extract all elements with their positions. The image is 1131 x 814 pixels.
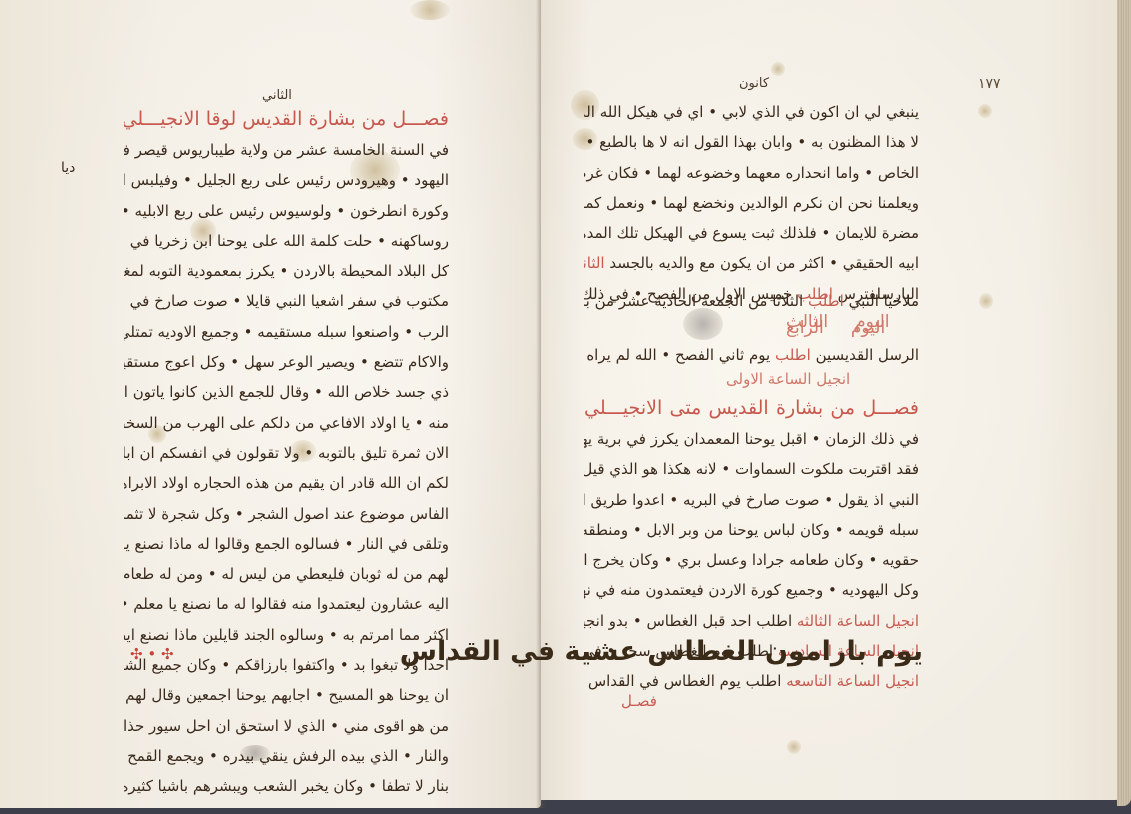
text-line: وتلقى في النار • فسالوه الجمع وقالوا له … xyxy=(124,529,449,559)
text-line: وكل اليهوديه • وجميع كورة الاردن فيعتمدو… xyxy=(584,575,919,605)
section-heading: فصـــل من بشارة القديس لوقا الانجيـــلي xyxy=(124,103,449,135)
right-page: كانون ١٧٧ ينبغي لي ان اكون في الذي لابي … xyxy=(541,0,1125,800)
text-line: من هو اقوى مني • الذي لا استحق ان احل سي… xyxy=(124,711,449,741)
margin-note: ديا xyxy=(61,160,75,176)
section-heading: فصـــل من بشارة القديس متى الانجيـــلي xyxy=(584,392,919,424)
right-text-column-top: ينبغي لي ان اكون في الذي لابي • اي في هي… xyxy=(584,97,919,309)
text-line: مضرة للايمان • فلذلك ثبت يسوع في الهيكل … xyxy=(584,218,919,248)
text-line: كل البلاد المحيطة بالاردن • يكرز بمعمودي… xyxy=(124,256,449,286)
text-line: والاكام تتضع • ويصير الوعر سهل • وكل اعو… xyxy=(124,347,449,377)
page-fore-edge xyxy=(1117,0,1131,806)
text-line: الخاص • واما انحداره معهما وخضوعه لهما •… xyxy=(584,158,919,188)
left-page: الثاني ديا فصـــل من بشارة القديس لوقا ا… xyxy=(0,0,541,808)
rubric-inline: الثاني منه xyxy=(584,254,605,272)
section-rubric: انجيل الساعة الاولى xyxy=(726,370,850,388)
ink-stain xyxy=(787,740,801,754)
day-label-fourth: اليوم الرابع xyxy=(786,318,885,338)
ink-stain xyxy=(979,293,993,309)
text-line: بنار لا تطفا • وكان يخبر الشعب ويبشرهم ب… xyxy=(124,771,449,801)
text-line: ملاخيا النبي اطلب الثلاثا من الجمعة الحا… xyxy=(584,286,919,316)
catchword: فصـل xyxy=(621,692,657,710)
text-line: حقويه • وكان طعامه جرادا وعسل بري • وكان… xyxy=(584,545,919,575)
text-line: سبله قويمه • وكان لباس يوحنا من وبر الاب… xyxy=(584,515,919,545)
feast-title: يوم بارامون الغطاس عشية في القداس xyxy=(605,636,923,667)
text-line: روساكهنه • حلت كلمة الله على يوحنا ابن ز… xyxy=(124,226,449,256)
text-line: ذي جسد خلاص الله • وقال للجمع الذين كانو… xyxy=(124,377,449,407)
text-line: الفاس موضوع عند اصول الشجر • وكل شجرة لا… xyxy=(124,499,449,529)
text-line: الان ثمرة تليق بالتوبه • ولا تقولون في ا… xyxy=(124,438,449,468)
running-head: الثاني xyxy=(262,88,292,103)
text-line: اليه عشارون ليعتمدوا منه فقالوا له ما نص… xyxy=(124,589,449,619)
folio-number: ١٧٧ xyxy=(978,76,1001,92)
text-line: الرسل القديسين اطلب يوم ثاني الفصح • الل… xyxy=(584,340,919,370)
text-line: لا هذا المظنون به • وابان بهذا القول انه… xyxy=(584,127,919,157)
hour-lesson-line: انجيل الساعة الثالثه اطلب احد قبل الغطاس… xyxy=(584,606,919,636)
text-line: النبي اذ يقول • صوت صارخ في البريه • اعد… xyxy=(584,485,919,515)
text-line: مكتوب في سفر اشعيا النبي قايلا • صوت صار… xyxy=(124,286,449,316)
text-line: لكم ان الله قادر ان يقيم من هذه الحجاره … xyxy=(124,468,449,498)
day-3-line: ملاخيا النبي اطلب الثلاثا من الجمعة الحا… xyxy=(584,286,919,316)
ink-stain xyxy=(410,0,450,20)
ink-stain xyxy=(978,104,992,118)
text-line: اليهود • وهيرودس رئيس على ربع الجليل • و… xyxy=(124,165,449,195)
text-line: ويعلمنا نحن ان نكرم الوالدين ونخضع لهما … xyxy=(584,188,919,218)
running-head: كانون xyxy=(739,76,769,91)
text-line: ينبغي لي ان اكون في الذي لابي • اي في هي… xyxy=(584,97,919,127)
text-line: في السنة الخامسة عشر من ولاية طيباريوس ق… xyxy=(124,135,449,165)
ink-stain xyxy=(771,62,785,76)
text-line: فقد اقتربت ملكوت السماوات • لانه هكذا هو… xyxy=(584,454,919,484)
text-line: منه • يا اولاد الافاعي من دلكم على الهرب… xyxy=(124,408,449,438)
text-line: في ذلك الزمان • اقبل يوحنا المعمدان يكرز… xyxy=(584,424,919,454)
day-4-line: الرسل القديسين اطلب يوم ثاني الفصح • الل… xyxy=(584,340,919,370)
open-manuscript: الثاني ديا فصـــل من بشارة القديس لوقا ا… xyxy=(0,0,1131,814)
text-line: والنار • الذي بيده الرفش ينقي بيدره • وي… xyxy=(124,741,449,771)
left-text-column: فصـــل من بشارة القديس لوقا الانجيـــلي … xyxy=(124,103,449,802)
text-line: الرب • واصنعوا سبله مستقيمه • وجميع الاو… xyxy=(124,317,449,347)
end-ornament: ✣ • ✣ xyxy=(130,645,174,663)
text-line: لهم من له ثوبان فليعطي من ليس له • ومن ل… xyxy=(124,559,449,589)
text-line: ابيه الحقيقي • اكثر من ان يكون مع والديه… xyxy=(584,248,919,278)
text-line: ان يوحنا هو المسيح • اجابهم يوحنا اجمعين… xyxy=(124,680,449,710)
text-line: وكورة انطرخون • ولوسيوس رئيس على ربع الا… xyxy=(124,196,449,226)
